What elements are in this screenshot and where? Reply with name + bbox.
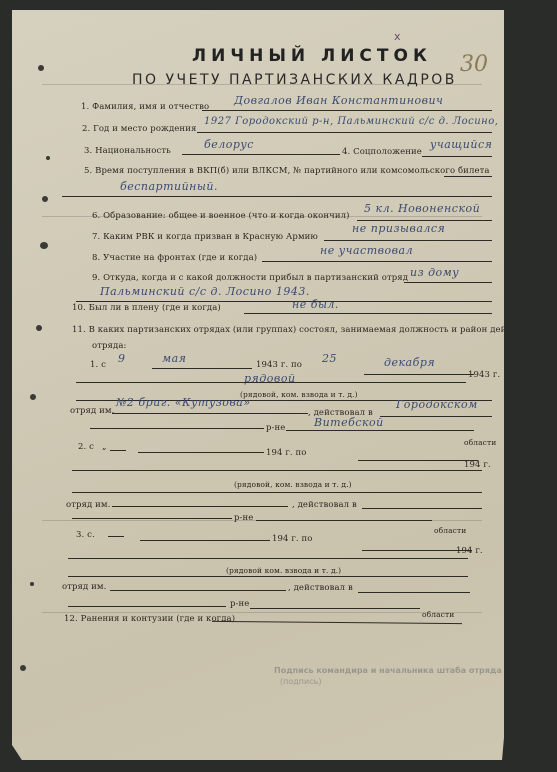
entry-3-num: 3. с. bbox=[76, 530, 95, 540]
entry-3-acted-label: , действовал в bbox=[288, 583, 353, 593]
entry-1-unit[interactable]: №2 бриг. «Кутузова» bbox=[116, 396, 251, 409]
field-3-label: 3. Национальность bbox=[84, 146, 171, 156]
field-1-value[interactable]: Довгалов Иван Константинович bbox=[234, 94, 443, 107]
entry-1-position[interactable]: рядовой bbox=[244, 372, 296, 385]
entry-2-from-year: 194 г. по bbox=[266, 448, 306, 458]
entry-1-from-year: 1943 г. по bbox=[256, 360, 302, 370]
entry-3-from-year: 194 г. по bbox=[272, 534, 312, 544]
field-6-value[interactable]: 5 кл. Новоненской bbox=[364, 202, 480, 215]
entry-2-acted-label: , действовал в bbox=[292, 500, 357, 510]
entry-1-district[interactable]: Городокском bbox=[396, 398, 478, 411]
field-2-label: 2. Год и место рождения bbox=[82, 124, 196, 134]
bleed-through-text-2: (подпись) bbox=[280, 677, 321, 686]
field-7-label: 7. Каким РВК и когда призван в Красную А… bbox=[92, 232, 318, 242]
field-8-value[interactable]: не участвовал bbox=[320, 244, 413, 257]
field-10-label: 10. Был ли в плену (где и когда) bbox=[72, 303, 221, 313]
entry-2-position-hint: (рядовой, ком. взвода и т. д.) bbox=[234, 480, 352, 489]
punch-hole bbox=[30, 582, 34, 586]
field-5-value[interactable]: беспартийный. bbox=[120, 180, 218, 193]
punch-hole bbox=[38, 65, 44, 71]
field-1-label: 1. Фамилия, имя и отчество bbox=[81, 102, 209, 112]
field-4-value[interactable]: учащийся bbox=[430, 138, 492, 151]
punch-hole bbox=[20, 665, 26, 671]
entry-3-unit-label: отряд им. bbox=[62, 582, 106, 592]
entry-2-num: 2. с bbox=[78, 442, 94, 452]
field-5-label: 5. Время поступления в ВКП(б) или ВЛКСМ,… bbox=[84, 166, 490, 176]
field-8-label: 8. Участие на фронтах (где и когда) bbox=[92, 253, 257, 263]
field-2-value[interactable]: 1927 Городокский р-н, Пальминский с/с д.… bbox=[204, 116, 498, 127]
field-9-value-line2[interactable]: Пальминский с/с д. Лосино 1943. bbox=[100, 285, 310, 298]
entry-1-to-year: 1943 г. bbox=[468, 370, 500, 380]
entry-2-district-suffix: р-не bbox=[234, 513, 253, 523]
field-7-value[interactable]: не призывался bbox=[352, 222, 445, 235]
title-mark: x bbox=[394, 30, 401, 43]
field-3-value[interactable]: белорус bbox=[204, 138, 254, 151]
bleed-through-text: Подпись командира и начальника штаба отр… bbox=[274, 666, 502, 675]
entry-1-to-month[interactable]: декабря bbox=[384, 356, 435, 369]
field-9-value-line1[interactable]: из дому bbox=[410, 266, 459, 279]
sheet-number-note: 30 bbox=[460, 52, 488, 77]
entry-1-num: 1. с bbox=[90, 360, 106, 370]
entry-1-district-suffix: р-не bbox=[266, 423, 285, 433]
entry-3-position-hint: (рядовой ком. взвода и т. д.) bbox=[226, 566, 341, 575]
entry-1-to-day[interactable]: 25 bbox=[322, 352, 337, 365]
entry-2-to-year: 194 г. bbox=[464, 460, 491, 470]
field-6-label: 6. Образование: общее и военное (что и к… bbox=[92, 211, 350, 221]
entry-1-region-suffix: области bbox=[464, 438, 496, 447]
punch-hole bbox=[36, 325, 42, 331]
entry-3-to-year: 194 г. bbox=[456, 546, 483, 556]
entry-1-region[interactable]: Витебской bbox=[314, 416, 384, 429]
entry-3-district-suffix: р-не bbox=[230, 599, 249, 609]
entry-1-from-month[interactable]: мая bbox=[162, 352, 186, 365]
punch-hole bbox=[46, 156, 50, 160]
punch-hole bbox=[30, 394, 36, 400]
document-subtitle: ПО УЧЕТУ ПАРТИЗАНСКИХ КАДРОВ bbox=[132, 72, 457, 88]
entry-1-unit-label: отряд им. bbox=[70, 406, 114, 416]
field-10-value[interactable]: не был. bbox=[292, 298, 339, 311]
entry-2-unit-label: отряд им. bbox=[66, 500, 110, 510]
field-9-label: 9. Откуда, когда и с какой должности при… bbox=[92, 273, 408, 283]
field-12-label: 12. Ранения и контузии (где и когда) bbox=[64, 614, 235, 624]
field-11-label: 11. В каких партизанских отрядах (или гр… bbox=[72, 325, 532, 335]
entry-2-region-suffix: области bbox=[434, 526, 466, 535]
entry-1-position-hint: (рядовой, ком. взвода и т. д.) bbox=[240, 390, 358, 399]
field-4-label: 4. Соцположение bbox=[342, 147, 422, 157]
document-title: ЛИЧНЫЙ ЛИСТОК bbox=[192, 46, 432, 66]
entry-1-from-day[interactable]: 9 bbox=[118, 352, 126, 365]
entry-3-region-suffix: области bbox=[422, 610, 454, 619]
punch-hole bbox=[42, 196, 48, 202]
document-sheet: x ЛИЧНЫЙ ЛИСТОК 30 ПО УЧЕТУ ПАРТИЗАНСКИХ… bbox=[12, 10, 504, 760]
punch-hole bbox=[40, 242, 48, 249]
field-11-label-cont: отряда: bbox=[92, 341, 127, 351]
